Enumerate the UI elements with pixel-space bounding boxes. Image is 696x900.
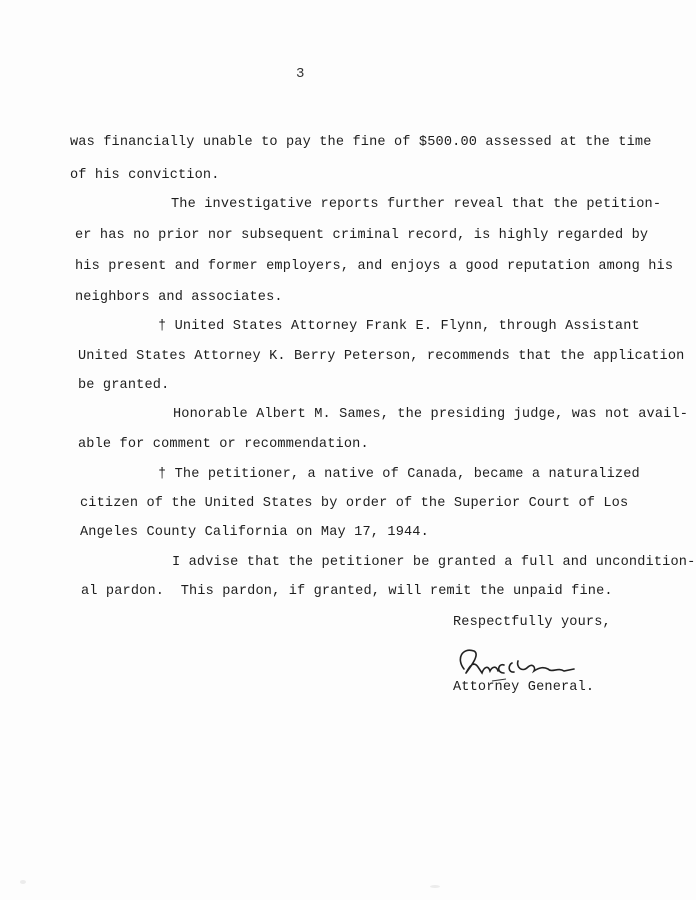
document-page: 3 was financially unable to pay the fine…	[0, 0, 696, 900]
body-line-12: † The petitioner, a native of Canada, be…	[158, 467, 640, 483]
page-number: 3	[296, 66, 305, 82]
scan-speck	[20, 880, 26, 884]
signatory-title: Attorney General.	[453, 680, 594, 696]
body-line-13: citizen of the United States by order of…	[80, 496, 628, 512]
body-line-14: Angeles County California on May 17, 194…	[80, 525, 429, 541]
body-line-1: was financially unable to pay the fine o…	[70, 135, 652, 151]
closing: Respectfully yours,	[453, 615, 611, 631]
body-line-5: his present and former employers, and en…	[75, 259, 673, 275]
body-line-10: Honorable Albert M. Sames, the presiding…	[173, 407, 688, 423]
body-line-7: † United States Attorney Frank E. Flynn,…	[158, 319, 640, 335]
body-line-11: able for comment or recommendation.	[78, 437, 369, 453]
body-line-4: er has no prior nor subsequent criminal …	[75, 228, 648, 244]
body-line-8: United States Attorney K. Berry Peterson…	[78, 349, 684, 365]
body-line-6: neighbors and associates.	[75, 290, 283, 306]
body-line-15: I advise that the petitioner be granted …	[172, 555, 695, 571]
body-line-16: al pardon. This pardon, if granted, will…	[81, 584, 613, 600]
scan-speck	[430, 885, 440, 888]
body-line-3: The investigative reports further reveal…	[171, 197, 661, 213]
body-line-9: be granted.	[78, 378, 169, 394]
body-line-2: of his conviction.	[70, 168, 220, 184]
